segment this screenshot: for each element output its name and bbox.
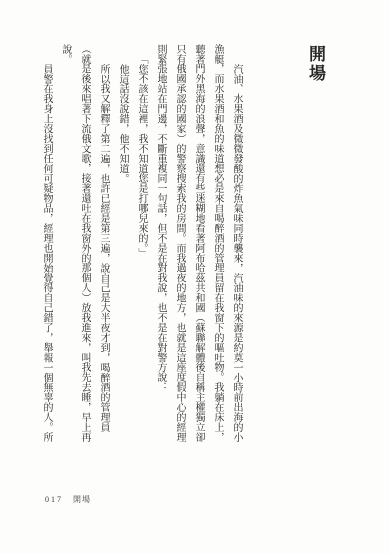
page-footer: 017 開場 [45,494,91,505]
chapter-title: 開場 [303,45,328,83]
paragraph: 員警在我身上沒找到任何可疑物品，經理也開始覺得自己錯了，舉報一個無辜的人。所 [37,44,56,444]
page-number: 017 [45,495,63,504]
paragraph: 所以我又解釋了第二遍，也許已經是第三遍，說自己是大半夜才到，喝醉酒的管理員（就是… [56,44,113,444]
paragraph: 汽油、水果酒及微微發酸的炸魚氣味同時襲來，汽油味的來源是約莫一小時前出海的小漁艇… [151,44,246,444]
footer-chapter-label: 開場 [73,494,91,505]
paragraph: 他這話沒說錯，他不知道。 [113,44,132,444]
paragraph-quote: 「您不該在這裡，我不知道您是打哪兒來的。」 [132,44,151,444]
page-body: 汽油、水果酒及微微發酸的炸魚氣味同時襲來，汽油味的來源是約莫一小時前出海的小漁艇… [37,44,246,444]
book-page: 開場 汽油、水果酒及微微發酸的炸魚氣味同時襲來，汽油味的來源是約莫一小時前出海的… [0,0,390,554]
